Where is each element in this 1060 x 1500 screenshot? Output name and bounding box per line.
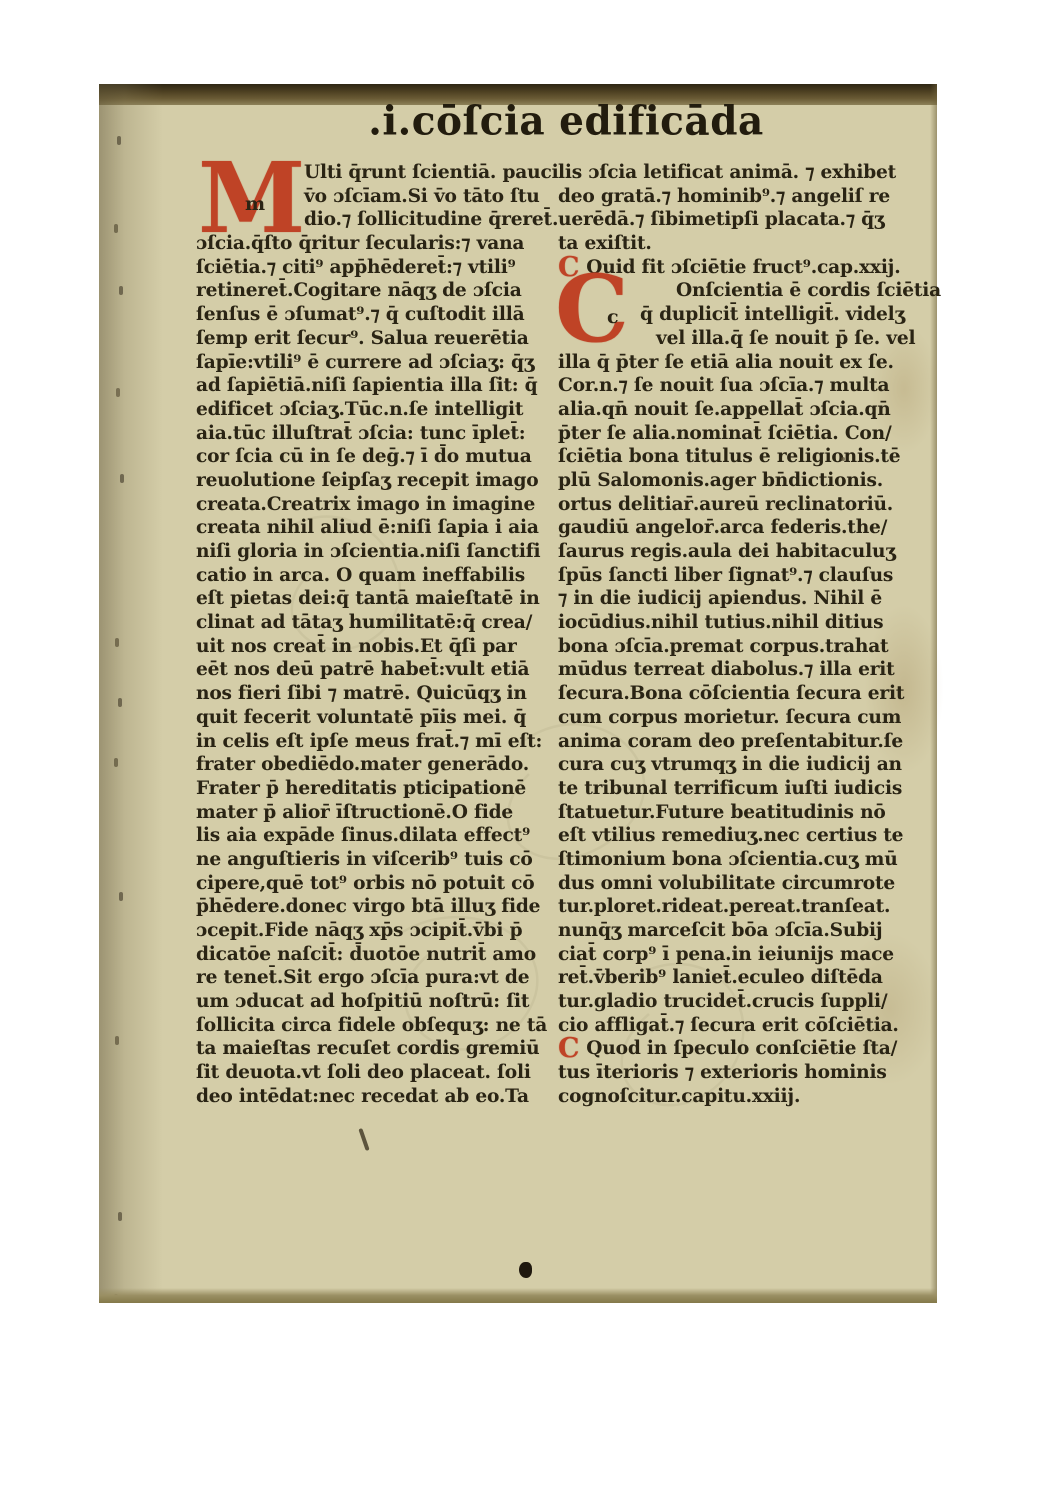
text-column-right: lis ɔſcia letificat animā. ⁊ exhibetdeo … — [558, 161, 937, 1109]
text-line: niſi gloria in ɔſcientia.niſi ſanctifi — [196, 540, 558, 564]
text-line: ɔſcia.q̄ſto q̄ritur ſecularis:⁊ vana — [196, 232, 558, 256]
text-line: CQuod in ſpeculo conſciētie ſta/ — [558, 1037, 937, 1061]
text-line: ſecura.Bona cōſcientia ſecura erit — [558, 682, 937, 706]
text-line: deo intēdat:nec recedat ab eo.Ta — [196, 1085, 558, 1109]
text-block: CcOnſcientia ē cordis ſciētiaq̄ duplicit… — [558, 279, 937, 350]
text-line: tus īterioris ⁊ exterioris hominis — [558, 1061, 937, 1085]
photo-background: .i.cōſcia edificāda MmUlti q̄runt ſcient… — [0, 0, 1060, 1500]
text-line: ſtimonium bona ɔſcientia.cuʒ mū — [558, 848, 937, 872]
text-line: cor ſcia cū in ſe deḡ.⁊ ī d̄o mutua — [196, 445, 558, 469]
gutter-wormhole-marks — [117, 136, 121, 145]
text-line: Frater p̄ hereditatis pticipationē — [196, 777, 558, 801]
text-block: lis ɔſcia letificat animā. ⁊ exhibetdeo … — [558, 161, 937, 256]
text-line: edificet ɔſciaʒ.Tūc.n.ſe intelligit — [196, 398, 558, 422]
text-line: ſit deuota.vt ſoli deo placeat. ſoli — [196, 1061, 558, 1085]
text-line: ta maieſtas recuſet cordis gremiū — [196, 1037, 558, 1061]
text-line: ſtatuetur.Future beatitudinis nō — [558, 801, 937, 825]
text-line: deo gratā.⁊ hominib⁹.⁊ angeliſ re — [558, 185, 937, 209]
page-title: .i.cōſcia edificāda — [195, 97, 937, 145]
text-line: cum corpus morietur. ſecura cum — [558, 706, 937, 730]
text-line: nos fieri ſibi ⁊ matrē. Quicūqʒ in — [196, 682, 558, 706]
text-line: ne anguſtieris in viſcerib⁹ tuis cō — [196, 848, 558, 872]
text-line: tur.gladio trucidet̄.crucis ſuppli/ — [558, 990, 937, 1014]
text-line: ortus delitiar̄.aureū reclinatoriū. — [558, 493, 937, 517]
text-line: plū Salomonis.ager bn̄dictionis. — [558, 469, 937, 493]
text-line: mater p̄ alior̄ īſtructionē.O fide — [196, 801, 558, 825]
text-line: dicatōe naſcit̄: d̄uotōe nutrit̄ amo — [196, 943, 558, 967]
text-line: retineret̄.Cogitare nāqʒ de ɔſcia — [196, 279, 558, 303]
text-line: ad ſapiētiā.niſi ſapientia illa ſit: q̄ — [196, 374, 558, 398]
text-line: ſpūs ſancti liber ſignat⁹.⁊ clauſus — [558, 564, 937, 588]
text-line: tur.ploret.rideat.pereat.tranſeat. — [558, 895, 937, 919]
text-line: iocūdius.nihil tutius.nihil ditius — [558, 611, 937, 635]
text-line: ſenſus ē ɔſumat⁹.⁊ q̄ cuſtodit illā — [196, 303, 558, 327]
text-line: cognoſcitur.capitu.xxiij. — [558, 1085, 937, 1109]
text-line: in celis eſt ipſe meus frat̄.⁊ mī eſt: — [196, 730, 558, 754]
page-bottom-edge — [99, 1288, 937, 1303]
guide-letter: c — [607, 306, 618, 330]
text-line: ſciētia.⁊ citi⁹ app̄hēderet̄:⁊ vtili⁹ — [196, 256, 558, 280]
text-line: eſt vtilius remediuʒ.nec certius te — [558, 824, 937, 848]
binding-gutter — [99, 84, 163, 1303]
margin-dot — [841, 457, 845, 461]
text-line: anima coram deo preſentabitur.ſe — [558, 730, 937, 754]
text-line: bona ɔſcīa.premat corpus.trahat — [558, 635, 937, 659]
text-line: aia.tūc illuſtrat̄ ɔſcia: tunc īplet̄: — [196, 422, 558, 446]
text-line: catio in arca. O quam ineffabilis — [196, 564, 558, 588]
text-line: uit nos creat̄ in nobis.Et q̄ſi par — [196, 635, 558, 659]
text-line: ret̄.v̄berib⁹ laniet̄.eculeo diſtēda — [558, 966, 937, 990]
text-line: frater obediēdo.mater generādo. — [196, 753, 558, 777]
text-block: CQuod in ſpeculo conſciētie ſta/tus īter… — [558, 1037, 937, 1108]
text-line: um ɔducat ad hoſpitiū noſtrū: ſit — [196, 990, 558, 1014]
text-line: p̄ter ſe alia.nominat̄ ſciētia. Con/ — [558, 422, 937, 446]
text-line: eēt nos deū patrē habet̄:vult etiā — [196, 658, 558, 682]
text-line: te tribunal terrificum iuſti iudicis — [558, 777, 937, 801]
book-page: .i.cōſcia edificāda MmUlti q̄runt ſcient… — [99, 84, 937, 1303]
text-line: Cor.n.⁊ ſe nouit ſua ɔſcīa.⁊ multa — [558, 374, 937, 398]
text-line: ſemp erit ſecur⁹. Salua reuerētia — [196, 327, 558, 351]
text-line: dus omni volubilitate circumrote — [558, 872, 937, 896]
text-line: ɔcepit.Fide nāqʒ xp̄s ɔcipit̄.v̄bi p̄ — [196, 919, 558, 943]
text-line: illa q̄ p̄ter ſe etiā alia nouit ex ſe. — [558, 351, 937, 375]
text-line: alia.qn̄ nouit ſe.appellat̄ ɔſcia.qn̄ — [558, 398, 937, 422]
text-line: lis ɔſcia letificat animā. ⁊ exhibet — [558, 161, 937, 185]
text-line: ſollicita circa fidele obſequʒ: ne tā — [196, 1014, 558, 1038]
text-line: creata.Creatrix imago in imagine — [196, 493, 558, 517]
text-line: p̄hēdere.donec virgo btā illuʒ fide — [196, 895, 558, 919]
text-line: ⁊ in die iudicij apiendus. Nihil ē — [558, 587, 937, 611]
text-line: nunq̄ʒ marceſcit bōa ɔſcīa.Subij — [558, 919, 937, 943]
text-line: re tenet̄.Sit ergo ɔſcīa pura:vt de — [196, 966, 558, 990]
text-line: lis aia expāde ſinus.dilata effect⁹ — [196, 824, 558, 848]
text-line: quit fecerit voluntatē pīis mei. q̄ — [196, 706, 558, 730]
text-block: illa q̄ p̄ter ſe etiā alia nouit ex ſe.C… — [558, 351, 937, 1038]
text-line: cipere,quē tot⁹ orbis nō potuit cō — [196, 872, 558, 896]
pen-mark — [358, 1128, 369, 1151]
paragraph-mark: C — [558, 1033, 579, 1064]
text-line: uerēdā.⁊ ſibimetipſi placata.⁊ q̄ʒ — [558, 208, 937, 232]
text-line: mūdus terreat diabolus.⁊ illa erit — [558, 658, 937, 682]
text-line: ciat̄ corp⁹ ī pena.in ieiunijs mace — [558, 943, 937, 967]
text-line: gaudiū angelor̄.arca federis.the/ — [558, 516, 937, 540]
ink-blot — [519, 1262, 532, 1278]
text-block: ɔſcia.q̄ſto q̄ritur ſecularis:⁊ vanaſciē… — [196, 232, 558, 1108]
text-column-left: MmUlti q̄runt ſcientiā. pauciv̄o ɔſcīam.… — [196, 161, 558, 1109]
text-line: ſciētia bona titulus ē religionis.tē — [558, 445, 937, 469]
text-line: eſt pietas dei:q̄ tantā maieſtatē in — [196, 587, 558, 611]
text-line: ta exiſtit. — [558, 232, 937, 256]
guide-letter: m — [245, 193, 265, 217]
text-line: cura cuʒ vtrumqʒ in die iudicij an — [558, 753, 937, 777]
text-line: ſaurus regis.aula dei habitaculuʒ — [558, 540, 937, 564]
text-block: MmUlti q̄runt ſcientiā. pauciv̄o ɔſcīam.… — [196, 161, 558, 232]
text-line: ſapīe:vtili⁹ ē currere ad ɔſciaʒ: q̄ʒ — [196, 351, 558, 375]
text-line: reuolutione ſeipſaʒ recepit imago — [196, 469, 558, 493]
text-line: clinat ad tātaʒ humilitatē:q̄ crea/ — [196, 611, 558, 635]
text-line: cio affligat̄.⁊ ſecura erit cōſciētia. — [558, 1014, 937, 1038]
text-line: creata nihil aliud ē:niſi ſapia i aia — [196, 516, 558, 540]
